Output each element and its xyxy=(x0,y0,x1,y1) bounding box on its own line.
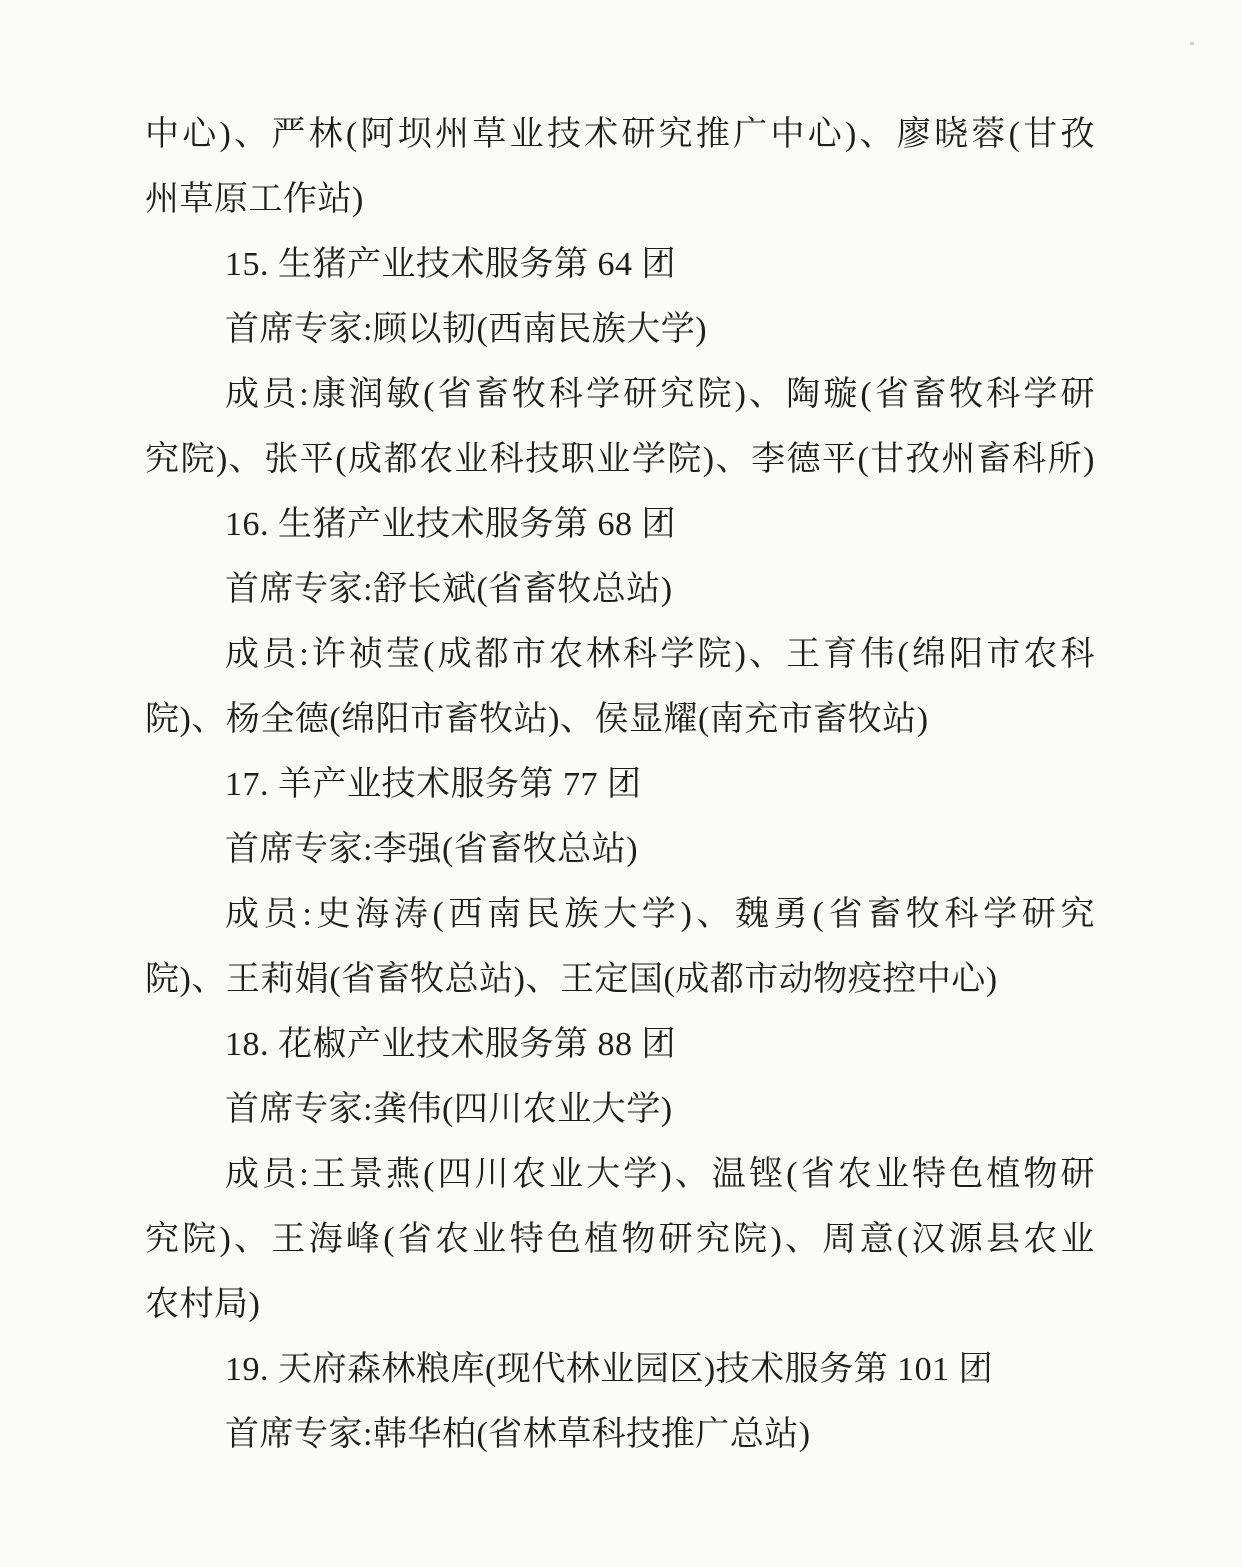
team-17-members-line2: 院)、王莉娟(省畜牧总站)、王定国(成都市动物疫控中心) xyxy=(145,947,1095,1012)
team-17-members-line1: 成员:史海涛(西南民族大学)、魏勇(省畜牧科学研究 xyxy=(145,882,1095,947)
team-16-title: 16. 生猪产业技术服务第 68 团 xyxy=(145,492,1095,557)
team-15-chief-expert: 首席专家:顾以韧(西南民族大学) xyxy=(145,297,1095,362)
team-19-chief-expert: 首席专家:韩华柏(省林草科技推广总站) xyxy=(145,1402,1095,1467)
team-15-members-line1: 成员:康润敏(省畜牧科学研究院)、陶璇(省畜牧科学研 xyxy=(145,362,1095,427)
team-16-members-line2: 院)、杨全德(绵阳市畜牧站)、侯显耀(南充市畜牧站) xyxy=(145,687,1095,752)
team-18-title: 18. 花椒产业技术服务第 88 团 xyxy=(145,1012,1095,1077)
team-17-chief-expert: 首席专家:李强(省畜牧总站) xyxy=(145,817,1095,882)
team-14-members-continuation-line1: 中心)、严林(阿坝州草业技术研究推广中心)、廖晓蓉(甘孜 xyxy=(145,102,1095,167)
team-15-members-line2: 究院)、张平(成都农业科技职业学院)、李德平(甘孜州畜科所) xyxy=(145,427,1095,492)
team-18-members-line2: 究院)、王海峰(省农业特色植物研究院)、周意(汉源县农业 xyxy=(145,1207,1095,1272)
team-15-title: 15. 生猪产业技术服务第 64 团 xyxy=(145,232,1095,297)
team-16-chief-expert: 首席专家:舒长斌(省畜牧总站) xyxy=(145,557,1095,622)
team-18-members-line1: 成员:王景燕(四川农业大学)、温铿(省农业特色植物研 xyxy=(145,1142,1095,1207)
document-text-column: 中心)、严林(阿坝州草业技术研究推广中心)、廖晓蓉(甘孜 州草原工作站) 15.… xyxy=(145,102,1095,1467)
team-16-members-line1: 成员:许祯莹(成都市农林科学院)、王育伟(绵阳市农科 xyxy=(145,622,1095,687)
team-18-members-line3: 农村局) xyxy=(145,1272,1095,1337)
team-18-chief-expert: 首席专家:龚伟(四川农业大学) xyxy=(145,1077,1095,1142)
team-14-members-continuation-line2: 州草原工作站) xyxy=(145,167,1095,232)
document-page: 中心)、严林(阿坝州草业技术研究推广中心)、廖晓蓉(甘孜 州草原工作站) 15.… xyxy=(0,0,1242,1567)
team-19-title: 19. 天府森林粮库(现代林业园区)技术服务第 101 团 xyxy=(145,1337,1095,1402)
team-17-title: 17. 羊产业技术服务第 77 团 xyxy=(145,752,1095,817)
scan-artifact xyxy=(1190,42,1194,45)
